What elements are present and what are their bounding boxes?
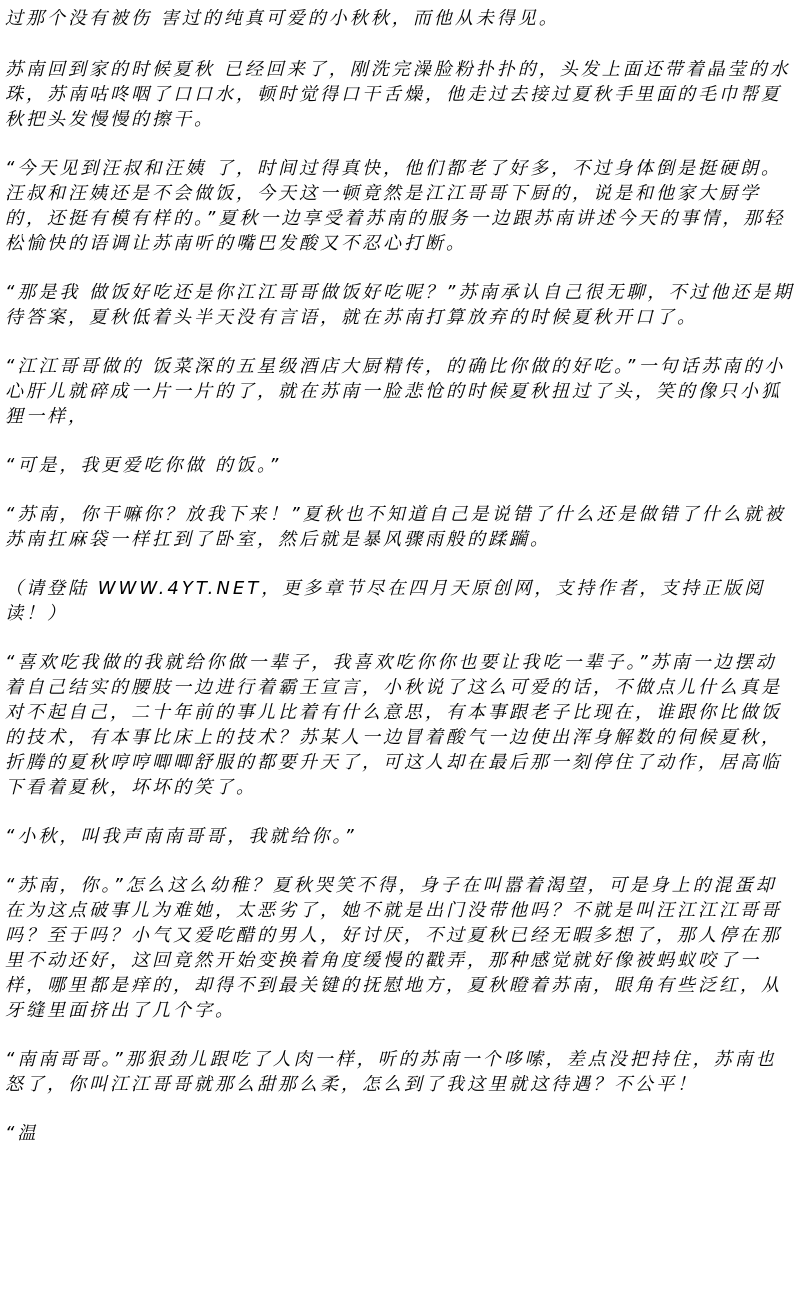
novel-text-page: 过那个没有被伤 害过的纯真可爱的小秋秋，而他从未得见。苏南回到家的时候夏秋 已经… — [0, 0, 800, 1298]
paragraph: （请登陆 WWW.4YT.NET，更多章节尽在四月天原创网，支持作者，支持正版阅… — [5, 576, 795, 626]
paragraph: “温 — [5, 1121, 795, 1146]
paragraph: “今天见到汪叔和汪姨 了，时间过得真快，他们都老了好多，不过身体倒是挺硬朗。汪叔… — [5, 156, 795, 256]
paragraph: “江江哥哥做的 饭菜深的五星级酒店大厨精传，的确比你做的好吃。”一句话苏南的小心… — [5, 354, 795, 429]
paragraph: 过那个没有被伤 害过的纯真可爱的小秋秋，而他从未得见。 — [5, 6, 795, 31]
paragraph: 苏南回到家的时候夏秋 已经回来了，刚洗完澡脸粉扑扑的，头发上面还带着晶莹的水珠，… — [5, 57, 795, 132]
paragraph: “苏南，你。”怎么这么幼稚？夏秋哭笑不得，身子在叫嚣着渴望，可是身上的混蛋却在为… — [5, 873, 795, 1023]
paragraph: “可是，我更爱吃你做 的饭。” — [5, 453, 795, 478]
paragraph: “苏南，你干嘛你？放我下来！”夏秋也不知道自己是说错了什么还是做错了什么就被苏南… — [5, 502, 795, 552]
paragraph-list: 过那个没有被伤 害过的纯真可爱的小秋秋，而他从未得见。苏南回到家的时候夏秋 已经… — [5, 6, 795, 1146]
paragraph: “那是我 做饭好吃还是你江江哥哥做饭好吃呢？”苏南承认自己很无聊，不过他还是期待… — [5, 280, 795, 330]
paragraph: “喜欢吃我做的我就给你做一辈子，我喜欢吃你你也要让我吃一辈子。”苏南一边摆动着自… — [5, 650, 795, 800]
paragraph: “小秋，叫我声南南哥哥，我就给你。” — [5, 824, 795, 849]
paragraph: “南南哥哥。”那狠劲儿跟吃了人肉一样，听的苏南一个哆嗦，差点没把持住，苏南也怒了… — [5, 1047, 795, 1097]
